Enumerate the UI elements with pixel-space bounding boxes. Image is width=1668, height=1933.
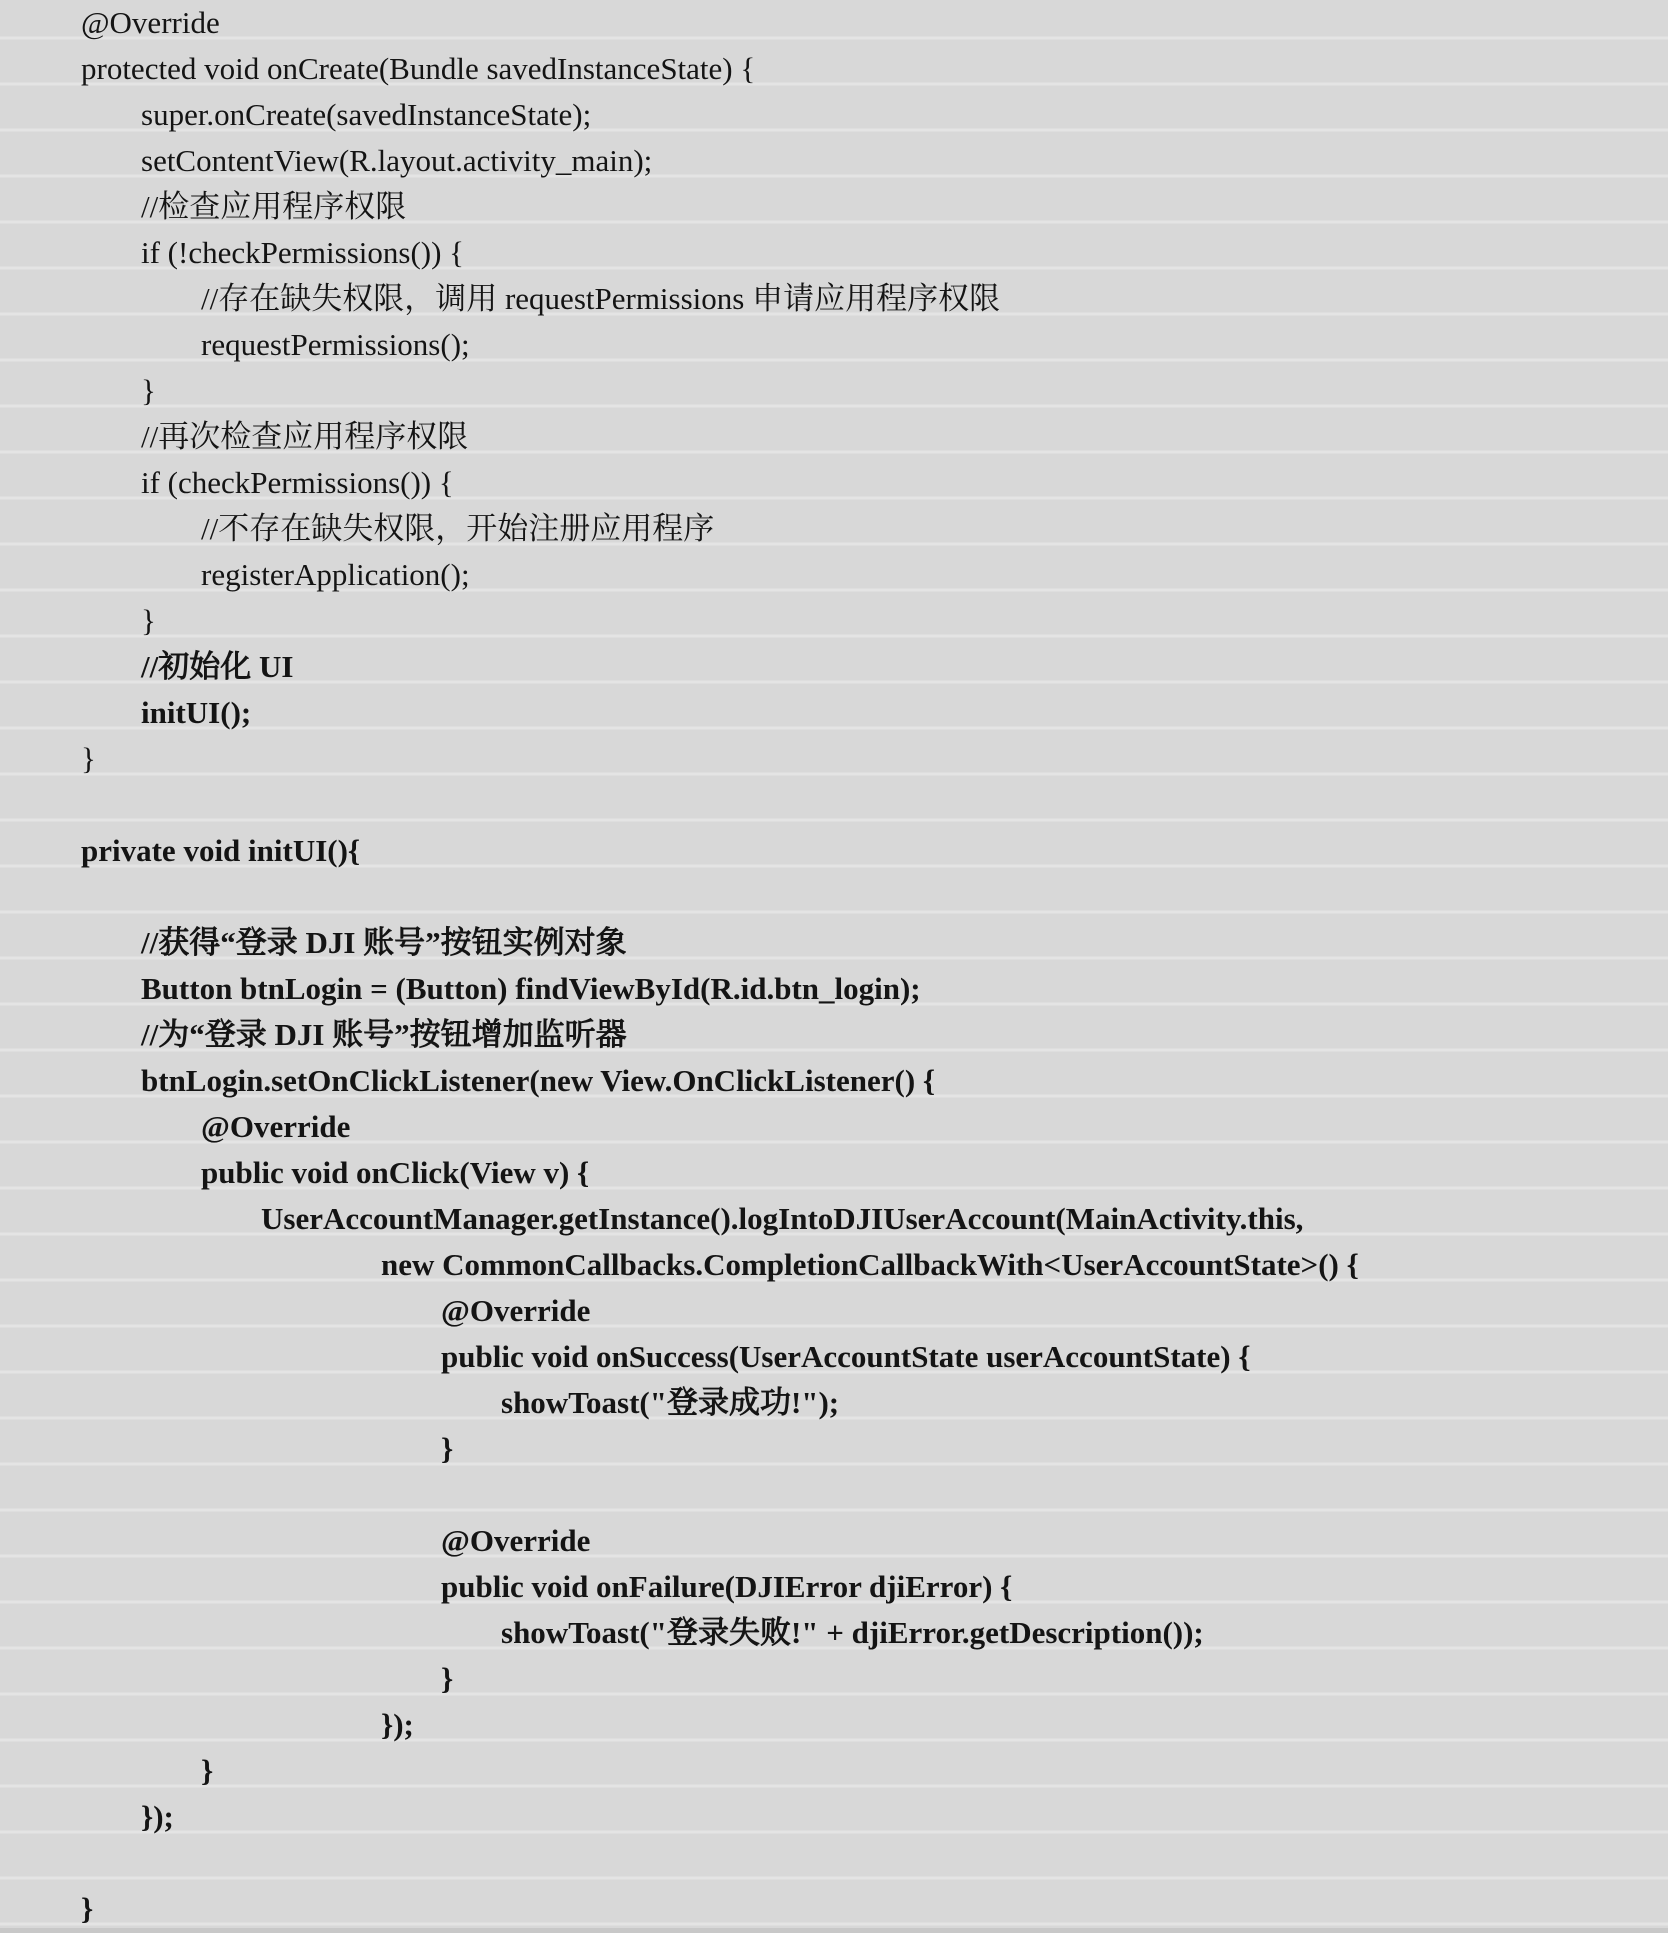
code-line: } bbox=[0, 598, 1668, 644]
code-line: @Override bbox=[0, 1104, 1668, 1150]
code-line: public void onSuccess(UserAccountState u… bbox=[0, 1334, 1668, 1380]
code-line: @Override bbox=[0, 0, 1668, 46]
code-line: Button btnLogin = (Button) findViewById(… bbox=[0, 966, 1668, 1012]
code-line: public void onClick(View v) { bbox=[0, 1150, 1668, 1196]
code-line: } bbox=[0, 1426, 1668, 1472]
code-line: } bbox=[0, 1656, 1668, 1702]
code-line: @Override bbox=[0, 1518, 1668, 1564]
code-line: } bbox=[0, 1748, 1668, 1794]
code-line: UserAccountManager.getInstance().logInto… bbox=[0, 1196, 1668, 1242]
code-line: //获得“登录 DJI 账号”按钮实例对象 bbox=[0, 920, 1668, 966]
code-line: new CommonCallbacks.CompletionCallbackWi… bbox=[0, 1242, 1668, 1288]
code-line: } bbox=[0, 736, 1668, 782]
code-line: private void initUI(){ bbox=[0, 828, 1668, 874]
code-line: //初始化 UI bbox=[0, 644, 1668, 690]
code-line: if (!checkPermissions()) { bbox=[0, 230, 1668, 276]
code-line: btnLogin.setOnClickListener(new View.OnC… bbox=[0, 1058, 1668, 1104]
code-line: showToast("登录失败!" + djiError.getDescript… bbox=[0, 1610, 1668, 1656]
code-line bbox=[0, 874, 1668, 920]
code-line: initUI(); bbox=[0, 690, 1668, 736]
code-line: protected void onCreate(Bundle savedInst… bbox=[0, 46, 1668, 92]
code-line: requestPermissions(); bbox=[0, 322, 1668, 368]
code-line: @Override bbox=[0, 1288, 1668, 1334]
code-line: }); bbox=[0, 1702, 1668, 1748]
code-line: //检查应用程序权限 bbox=[0, 184, 1668, 230]
code-line: super.onCreate(savedInstanceState); bbox=[0, 92, 1668, 138]
code-line bbox=[0, 1840, 1668, 1886]
code-line: //存在缺失权限，调用 requestPermissions 申请应用程序权限 bbox=[0, 276, 1668, 322]
code-line: //再次检查应用程序权限 bbox=[0, 414, 1668, 460]
code-line: registerApplication(); bbox=[0, 552, 1668, 598]
code-line: showToast("登录成功!"); bbox=[0, 1380, 1668, 1426]
code-line: //为“登录 DJI 账号”按钮增加监听器 bbox=[0, 1012, 1668, 1058]
code-listing-page: @Overrideprotected void onCreate(Bundle … bbox=[0, 0, 1668, 1933]
code-listing: @Overrideprotected void onCreate(Bundle … bbox=[0, 0, 1668, 1932]
code-line: } bbox=[0, 368, 1668, 414]
code-line bbox=[0, 1472, 1668, 1518]
code-line: } bbox=[0, 1886, 1668, 1932]
code-line: //不存在缺失权限，开始注册应用程序 bbox=[0, 506, 1668, 552]
code-line: }); bbox=[0, 1794, 1668, 1840]
code-line bbox=[0, 782, 1668, 828]
code-line: setContentView(R.layout.activity_main); bbox=[0, 138, 1668, 184]
code-line: public void onFailure(DJIError djiError)… bbox=[0, 1564, 1668, 1610]
code-line: if (checkPermissions()) { bbox=[0, 460, 1668, 506]
